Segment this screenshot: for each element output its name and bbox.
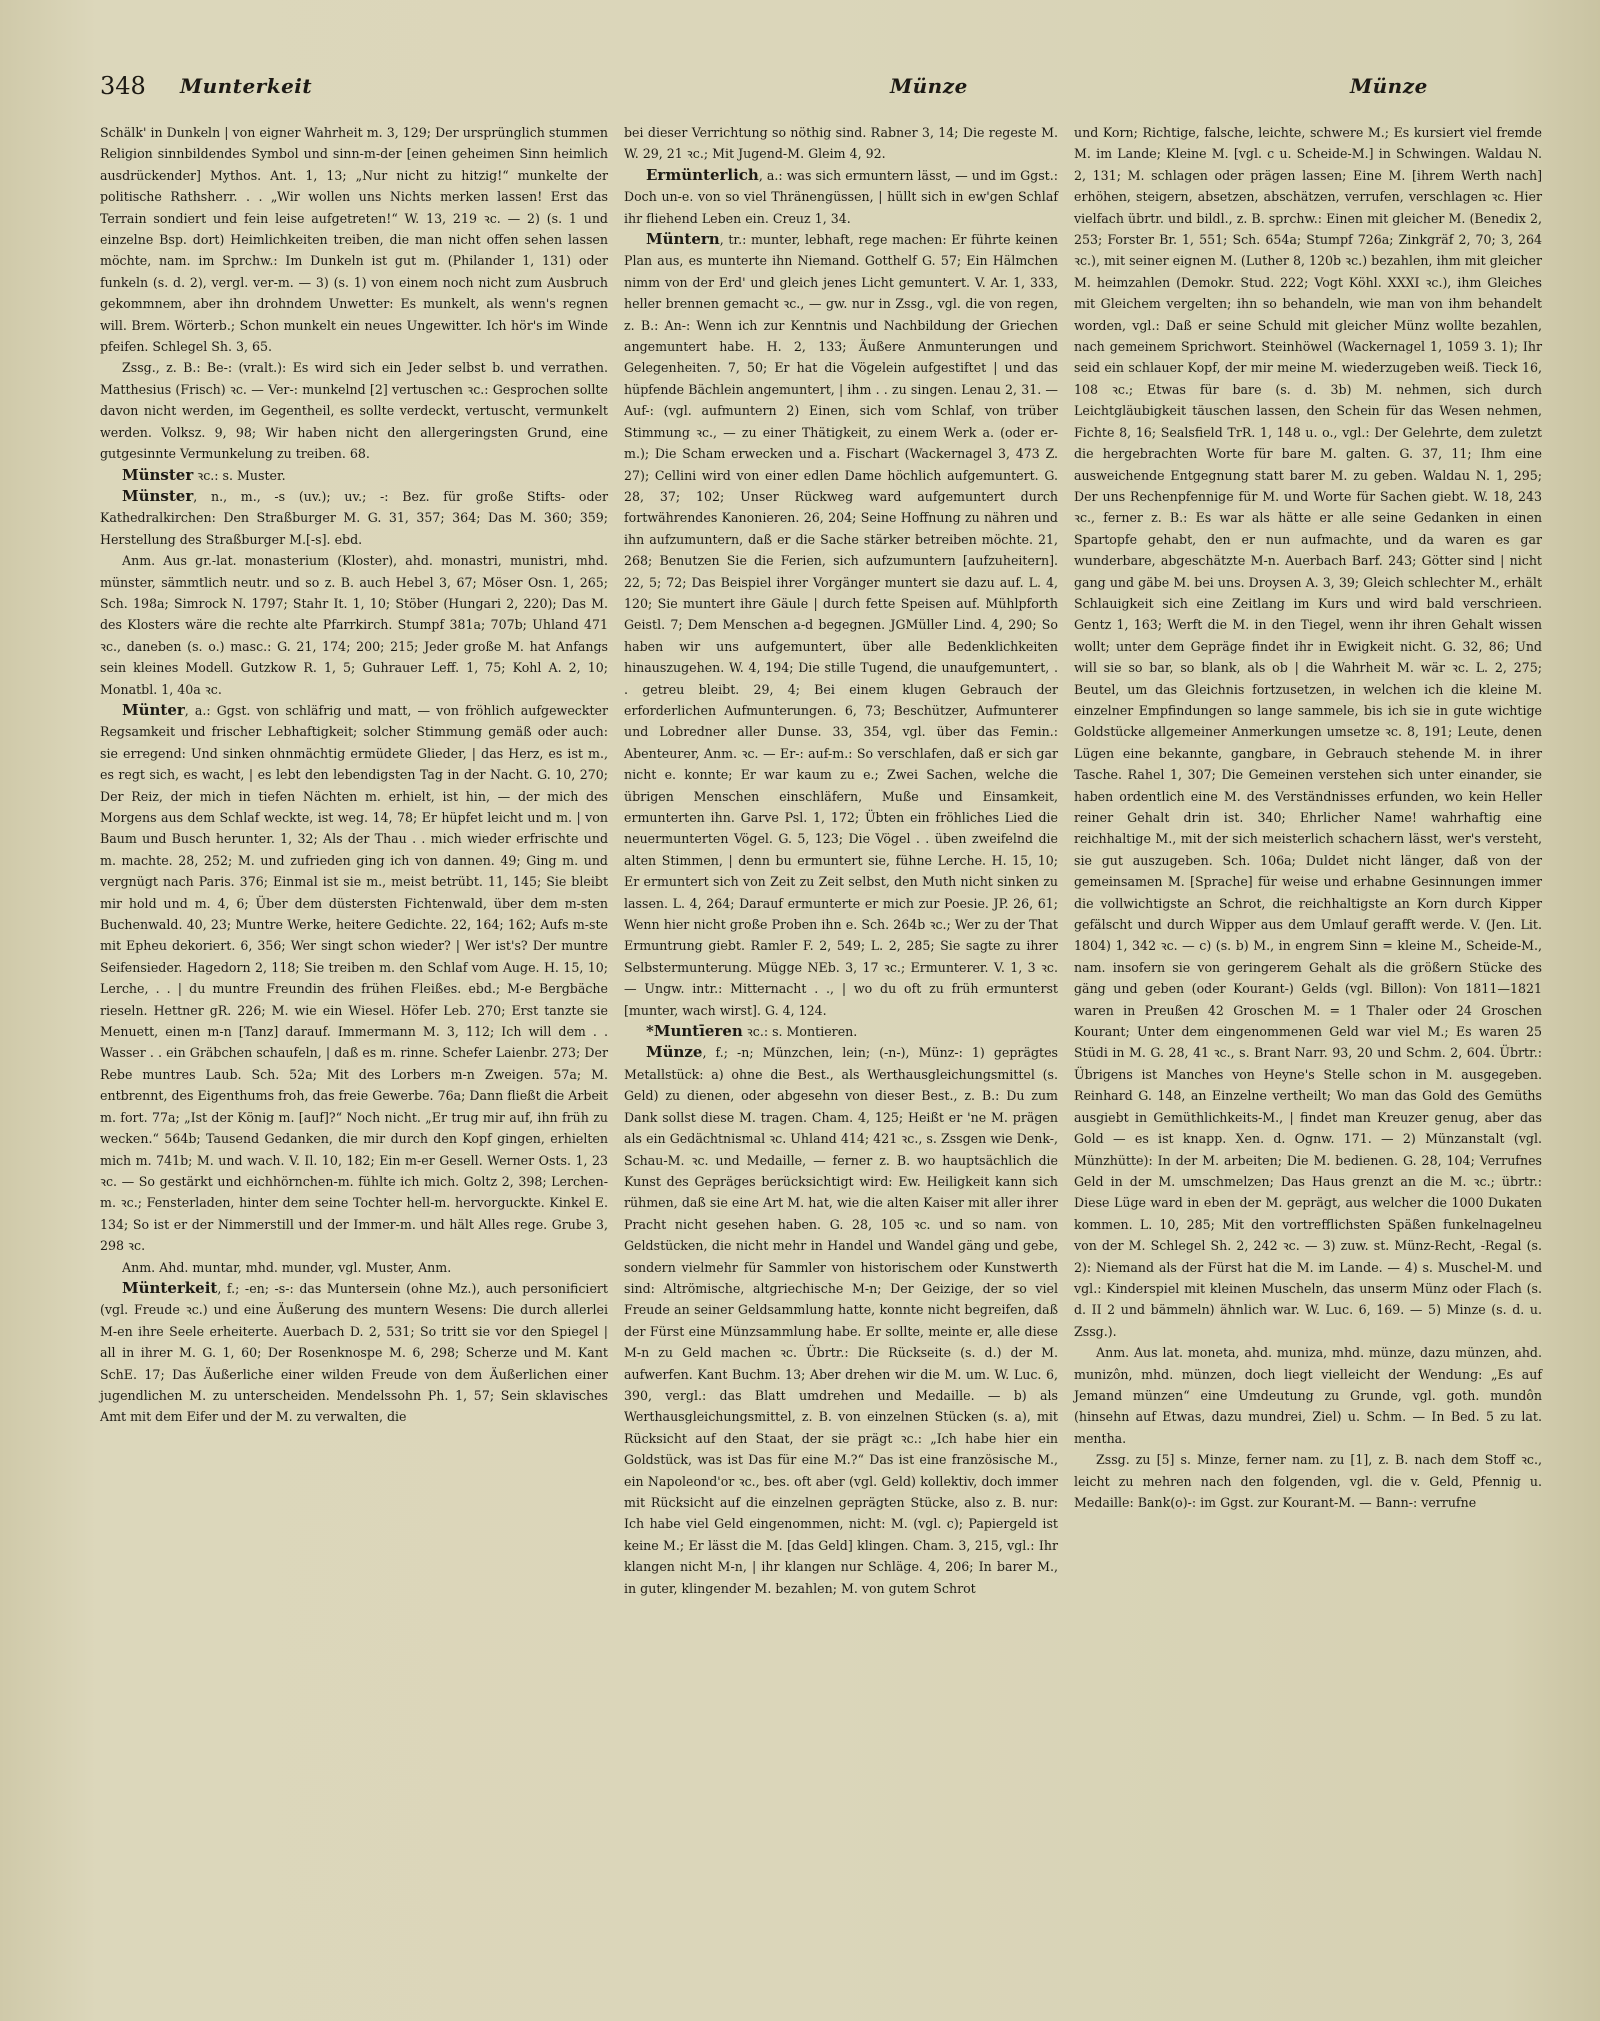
entry-headword: Müntern: [646, 230, 720, 248]
entry-headword: Münze: [646, 1043, 702, 1061]
entry-headword: Münster: [122, 466, 193, 484]
entry-paragraph: Zssg. zu [5] s. Minze, ferner nam. zu [1…: [1074, 1449, 1542, 1513]
entry-text: ꝛc.: s. Muster.: [193, 468, 285, 483]
entry-text: bei dieser Verrichtung so nöthig sind. R…: [624, 125, 1058, 161]
dictionary-entry: Münze, f.; -n; Münzchen, lein; (-n-), Mü…: [624, 1042, 1058, 1599]
entry-text: , f.; -en; -s-: das Muntersein (ohne Mz.…: [100, 1281, 608, 1424]
entry-headword: Münster: [122, 487, 193, 505]
page-number: 348: [100, 72, 146, 100]
entry-paragraph: bei dieser Verrichtung so nöthig sind. R…: [624, 122, 1058, 165]
entry-text: ꝛc.: s. Montieren.: [743, 1024, 857, 1039]
column-left: Schälk' in Dunkeln | von eigner Wahrheit…: [100, 122, 608, 1428]
entry-paragraph: und Korn; Richtige, falsche, leichte, sc…: [1074, 122, 1542, 1342]
entry-text: Anm. Aus gr.-lat. monasterium (Kloster),…: [100, 553, 608, 696]
entry-text: Zssg. zu [5] s. Minze, ferner nam. zu [1…: [1074, 1452, 1542, 1510]
dictionary-entry: Münterkeit, f.; -en; -s-: das Muntersein…: [100, 1278, 608, 1428]
entry-paragraph: Zssg., z. B.: Be-: (vralt.): Es wird sic…: [100, 357, 608, 464]
entry-headword: Münterkeit: [122, 1279, 217, 1297]
column-right: und Korn; Richtige, falsche, leichte, sc…: [1074, 122, 1542, 1513]
entry-text: und Korn; Richtige, falsche, leichte, sc…: [1074, 125, 1542, 1339]
entry-text: Anm. Ahd. muntar, mhd. munder, vgl. Must…: [122, 1260, 451, 1275]
entry-headword: *Muntīeren: [646, 1022, 743, 1040]
page-header: 348 Munterkeit Münze Münze: [100, 72, 1545, 112]
dictionary-entry: *Muntīeren ꝛc.: s. Montieren.: [624, 1021, 1058, 1042]
entry-text: , tr.: munter, lebhaft, rege machen: Er …: [624, 232, 1058, 1018]
entry-text: Schälk' in Dunkeln | von eigner Wahrheit…: [100, 125, 608, 354]
dictionary-entry: Münter, a.: Ggst. von schläfrig und matt…: [100, 700, 608, 1257]
column-middle: bei dieser Verrichtung so nöthig sind. R…: [624, 122, 1058, 1599]
dictionary-entry: Müntern, tr.: munter, lebhaft, rege mach…: [624, 229, 1058, 1021]
running-head-middle: Münze: [890, 74, 968, 98]
dictionary-entry: Münster ꝛc.: s. Muster.: [100, 465, 608, 486]
entry-headword: Münter: [122, 701, 185, 719]
entry-text: , f.; -n; Münzchen, lein; (-n-), Münz-: …: [624, 1045, 1058, 1595]
entry-paragraph: Anm. Aus lat. moneta, ahd. muniza, mhd. …: [1074, 1342, 1542, 1449]
entry-paragraph: Anm. Aus gr.-lat. monasterium (Kloster),…: [100, 550, 608, 700]
entry-text: Anm. Aus lat. moneta, ahd. muniza, mhd. …: [1074, 1345, 1542, 1446]
dictionary-entry: Münster, n., m., -s (uv.); uv.; -: Bez. …: [100, 486, 608, 550]
running-head-left: Munterkeit: [180, 74, 312, 98]
entry-headword: Ermünterlich: [646, 166, 759, 184]
entry-text: , a.: Ggst. von schläfrig und matt, — vo…: [100, 703, 608, 1253]
entry-paragraph: Anm. Ahd. muntar, mhd. munder, vgl. Must…: [100, 1257, 608, 1278]
running-head-right: Münze: [1350, 74, 1428, 98]
entry-paragraph: Schälk' in Dunkeln | von eigner Wahrheit…: [100, 122, 608, 357]
dictionary-entry: Ermünterlich, a.: was sich ermuntern läs…: [624, 165, 1058, 229]
entry-text: Zssg., z. B.: Be-: (vralt.): Es wird sic…: [100, 360, 608, 461]
